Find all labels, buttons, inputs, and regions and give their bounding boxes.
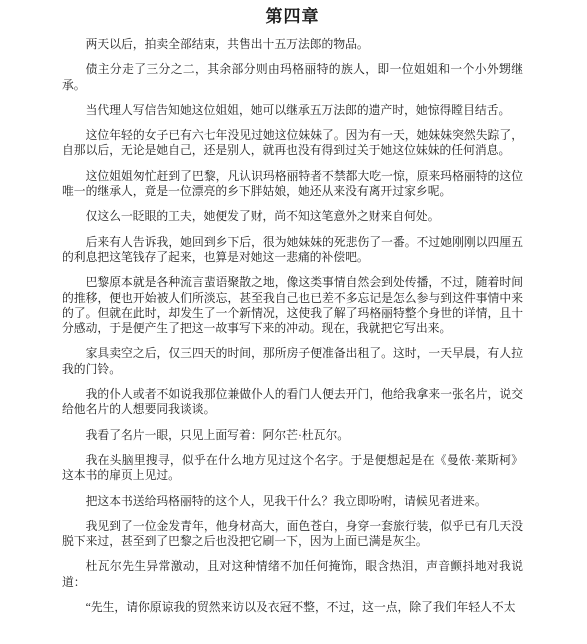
paragraph-09: 家具卖空之后，仅三四天的时间，那所房子便准备出租了。这时，一天早晨，有人拉我的门… <box>62 346 523 377</box>
paragraph-12: 我在头脑里搜寻，似乎在什么地方见过这个名字。于是便想起是在《曼侬·莱斯柯》这本书… <box>62 453 523 484</box>
paragraph-07: 后来有人告诉我，她回到乡下后，很为她妹妹的死悲伤了一番。不过她刚刚以四厘五的利息… <box>62 235 523 266</box>
paragraph-06: 仅这么一眨眼的工夫，她便发了财，尚不知这笔意外之财来自何处。 <box>62 209 523 224</box>
paragraph-05: 这位姐姐匆忙赶到了巴黎，凡认识玛格丽特者不禁都大吃一惊，原来玛格丽特的这位唯一的… <box>62 169 523 200</box>
paragraph-02: 债主分走了三分之二，其余部分则由玛格丽特的族人，即一位姐姐和一个小外甥继承。 <box>62 62 523 93</box>
paragraph-08: 巴黎原本就是各种流言蜚语聚散之地，像这类事情自然会到处传播，不过，随着时间的推移… <box>62 275 523 336</box>
paragraph-15: 杜瓦尔先生异常激动，且对这种情绪不加任何掩饰，眼含热泪，声音颤抖地对我说道： <box>62 559 523 590</box>
paragraph-11: 我看了名片一眼，只见上面写着：阿尔芒·杜瓦尔。 <box>62 428 523 443</box>
paragraph-03: 当代理人写信告知她这位姐姐，她可以继承五万法郎的遗产时，她惊得瞠目结舌。 <box>62 103 523 118</box>
paragraph-10: 我的仆人或者不如说我那位兼做仆人的看门人便去开门，他给我拿来一张名片，说交给他名… <box>62 387 523 418</box>
body-text: 两天以后，拍卖全部结束，共售出十五万法郎的物品。 债主分走了三分之二，其余部分则… <box>62 37 523 615</box>
chapter-title: 第四章 <box>62 6 523 28</box>
paragraph-16: “先生，请你原谅我的贸然来访以及衣冠不整，不过，这一点，除了我们年轻人不太 <box>62 600 523 615</box>
document-page: 第四章 两天以后，拍卖全部结束，共售出十五万法郎的物品。 债主分走了三分之二，其… <box>0 0 587 644</box>
paragraph-04: 这位年轻的女子已有六七年没见过她这位妹妹了。因为有一天，她妹妹突然失踪了，自那以… <box>62 128 523 159</box>
paragraph-01: 两天以后，拍卖全部结束，共售出十五万法郎的物品。 <box>62 37 523 52</box>
paragraph-13: 把这本书送给玛格丽特的这个人，见我干什么？我立即吩咐，请候见者进来。 <box>62 494 523 509</box>
paragraph-14: 我见到了一位金发青年，他身材高大，面色苍白，身穿一套旅行装，似乎已有几天没脱下来… <box>62 519 523 550</box>
